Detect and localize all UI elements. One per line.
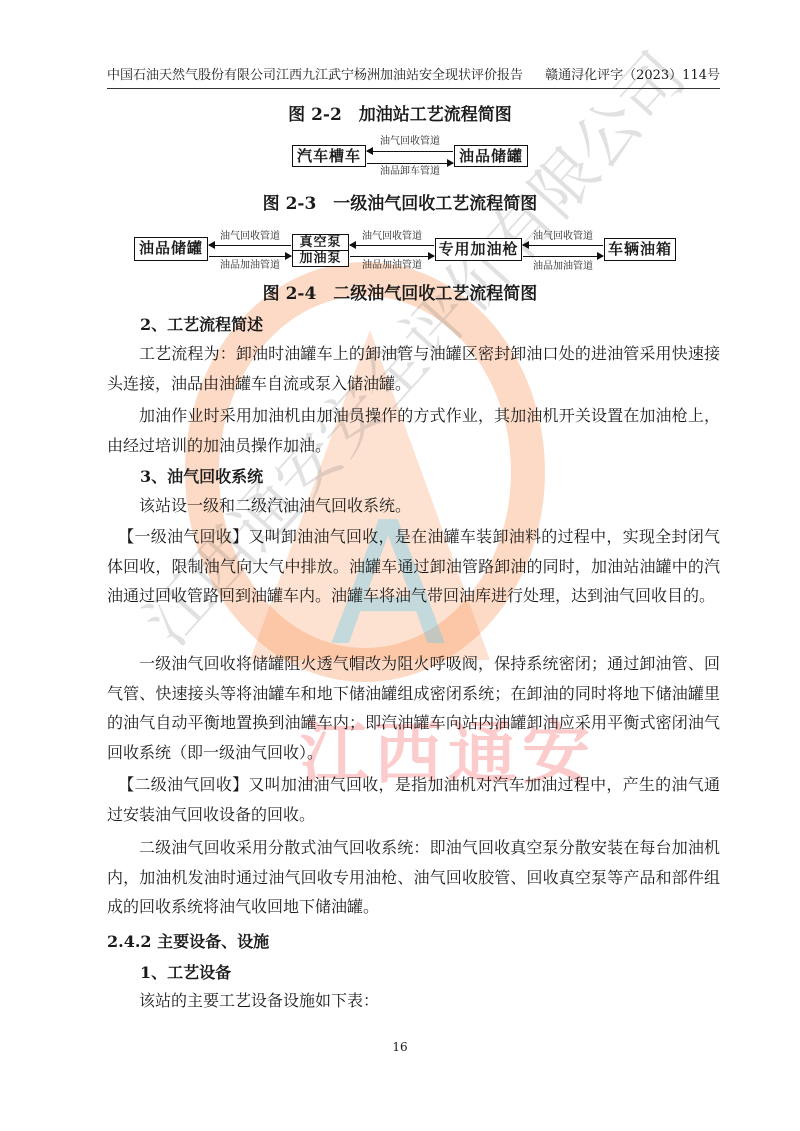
arrow-right	[350, 256, 434, 257]
section-heading-main-equipment: 2.4.2 主要设备、设施	[107, 931, 269, 953]
page-header: 中国石油天然气股份有限公司江西九江武宁杨洲加油站安全现状评价报告 赣通浔化评字（…	[107, 66, 720, 89]
pipe-label-vapor-recovery: 油气回收管道	[523, 231, 603, 243]
pipe-label-vapor-recovery: 油气回收管道	[350, 231, 434, 243]
figure-2-4-title: 图 2-4 二级油气回收工艺流程简图	[0, 283, 800, 305]
box-tanker-truck: 汽车槽车	[292, 145, 366, 167]
page-number: 16	[0, 1040, 800, 1054]
pipe-label-vapor-recovery: 油气回收管道	[367, 136, 453, 148]
arrow-right	[367, 163, 453, 164]
box-fuel-pump: 加油泵	[292, 250, 349, 267]
arrow-right	[523, 256, 603, 257]
section-heading-process-equipment: 1、工艺设备	[140, 962, 231, 984]
arrow-right	[209, 256, 291, 257]
box-dedicated-nozzle: 专用加油枪	[435, 238, 522, 261]
paragraph: 二级油气回收采用分散式油气回收系统：即油气回收真空泵分散安装在每台加油机内，加油…	[107, 833, 720, 922]
section-heading-process-overview: 2、工艺流程简述	[140, 314, 263, 336]
box-vacuum-pump: 真空泵	[292, 234, 349, 251]
box-oil-storage-tank: 油品储罐	[454, 145, 528, 167]
arrow-left	[367, 151, 453, 152]
pipe-label-unloading: 油品卸车管道	[367, 166, 453, 178]
paragraph: 该站的主要工艺设备设施如下表：	[107, 986, 720, 1016]
figure-2-2-title: 图 2-2 加油站工艺流程简图	[0, 104, 800, 126]
pipe-label-fueling: 油品加油管道	[523, 261, 603, 273]
arrow-left	[350, 245, 434, 246]
pipe-label-fueling: 油品加油管道	[209, 260, 291, 272]
section-heading-vapor-recovery: 3、油气回收系统	[140, 466, 263, 488]
arrow-left	[209, 245, 291, 246]
pipe-label-vapor-recovery: 油气回收管道	[209, 231, 291, 243]
paragraph: 工艺流程为：卸油时油罐车上的卸油管与油罐区密封卸油口处的进油管采用快速接头连接，…	[107, 339, 720, 398]
box-oil-storage-tank: 油品储罐	[134, 237, 208, 261]
header-report-title: 中国石油天然气股份有限公司江西九江武宁杨洲加油站安全现状评价报告	[107, 66, 523, 86]
header-report-number: 赣通浔化评字（2023）114号	[545, 66, 720, 86]
paragraph: 一级油气回收将储罐阻火透气帽改为阻火呼吸阀，保持系统密闭；通过卸油管、回气管、快…	[107, 649, 720, 767]
paragraph: 加油作业时采用加油机由加油员操作的方式作业，其加油机开关设置在加油枪上，由经过培…	[107, 401, 720, 460]
box-vehicle-fuel-tank: 车辆油箱	[604, 238, 676, 261]
pipe-label-fueling: 油品加油管道	[350, 260, 434, 272]
figure-2-3-title: 图 2-3 一级油气回收工艺流程简图	[0, 193, 800, 215]
paragraph-stage2: 【二级油气回收】又叫加油油气回收，是指加油机对汽车加油过程中，产生的油气通过安装…	[107, 770, 720, 829]
paragraph-stage1: 【一级油气回收】又叫卸油油气回收，是在油罐车装卸油料的过程中，实现全封闭气体回收…	[107, 522, 720, 611]
arrow-left	[523, 245, 603, 246]
paragraph: 该站设一级和二级汽油油气回收系统。	[107, 491, 720, 521]
